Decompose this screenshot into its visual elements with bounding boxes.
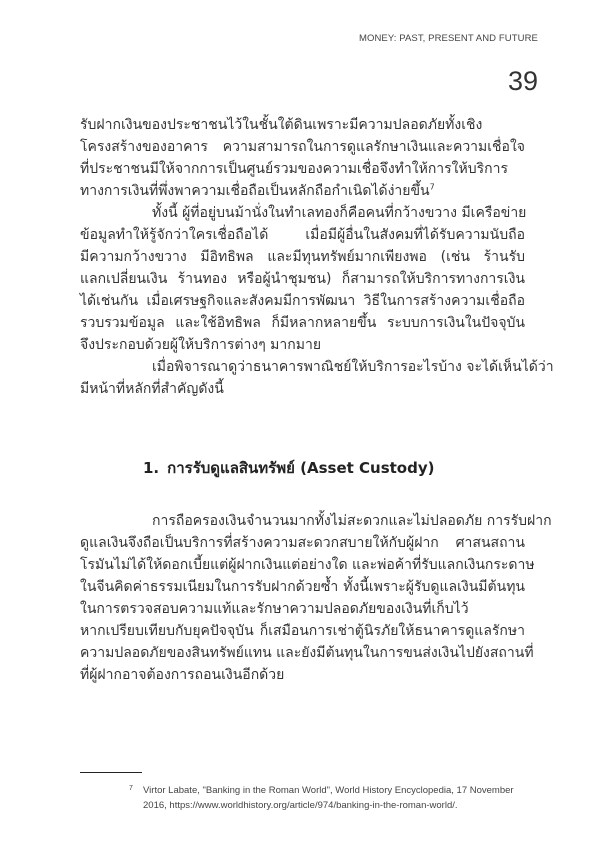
text-line: ข้อมูลทำให้รู้จักว่าใครเชื่อถือได้ เมื่อ…: [80, 224, 525, 246]
section-title: การรับดูแลสินทรัพย์ (Asset Custody): [167, 459, 434, 477]
text-line: ในการตรวจสอบความแท้และรักษาความปลอดภัยขอ…: [80, 598, 525, 620]
text-line: ทางการเงินที่พึ่งพาความเชื่อถือเป็นหลักถ…: [80, 183, 430, 199]
text-line: ดูแลเงินจึงถือเป็นบริการที่สร้างความสะดว…: [80, 532, 525, 554]
text-line: เมื่อพิจารณาดูว่าธนาคารพาณิชย์ให้บริการอ…: [80, 356, 525, 378]
text-line: โรมันไม่ได้ให้ดอกเบี้ยแต่ผู้ฝากเงินแต่อย…: [80, 554, 525, 576]
text-line-with-footnote: ทางการเงินที่พึ่งพาความเชื่อถือเป็นหลักถ…: [80, 180, 525, 202]
text-line: ในจีนคิดค่าธรรมเนียมในการรับฝากด้วยซ้ำ ท…: [80, 576, 525, 598]
page-number: 39: [508, 66, 538, 97]
text-line: โครงสร้างของอาคาร ความสามารถในการดูแลรัก…: [80, 136, 525, 158]
footnote-reference[interactable]: 7: [430, 182, 435, 191]
text-line: ความปลอดภัยของสินทรัพย์แทน และยังมีต้นทุ…: [80, 642, 525, 664]
text-line: รับฝากเงินของประชาชนไว้ในชั้นใต้ดินเพราะ…: [80, 114, 525, 136]
body-text-upper: รับฝากเงินของประชาชนไว้ในชั้นใต้ดินเพราะ…: [80, 114, 525, 400]
paragraph-4: การถือครองเงินจำนวนมากทั้งไม่สะดวกและไม่…: [80, 510, 525, 686]
footnote-text: Virtor Labate, "Banking in the Roman Wor…: [143, 785, 514, 811]
text-line: มีหน้าที่หลักที่สำคัญดังนี้: [80, 378, 525, 400]
footnote-marker: 7: [129, 781, 133, 796]
text-line: การถือครองเงินจำนวนมากทั้งไม่สะดวกและไม่…: [80, 510, 525, 532]
text-line: ที่ประชาชนมีให้จากการเป็นศูนย์รวมของความ…: [80, 158, 525, 180]
body-text-lower: การถือครองเงินจำนวนมากทั้งไม่สะดวกและไม่…: [80, 510, 525, 686]
text-line: หากเปรียบเทียบกับยุคปัจจุบัน ก็เสมือนการ…: [80, 620, 525, 642]
text-line: จึงประกอบด้วยผู้ให้บริการต่างๆ มากมาย: [80, 334, 525, 356]
paragraph-3: เมื่อพิจารณาดูว่าธนาคารพาณิชย์ให้บริการอ…: [80, 356, 525, 400]
footnote-divider: [80, 772, 142, 773]
text-line: ที่ผู้ฝากอาจต้องการถอนเงินอีกด้วย: [80, 664, 525, 686]
text-line: ได้เช่นกัน เมื่อเศรษฐกิจและสังคมมีการพัฒ…: [80, 290, 525, 312]
paragraph-1: รับฝากเงินของประชาชนไว้ในชั้นใต้ดินเพราะ…: [80, 114, 525, 202]
paragraph-2: ทั้งนี้ ผู้ที่อยู่บนม้านั่งในทำเลทองก็คื…: [80, 202, 525, 356]
section-number: 1.: [143, 459, 159, 477]
running-header: MONEY: PAST, PRESENT AND FUTURE: [359, 33, 538, 44]
text-line: มีความกว้างขวาง มีอิทธิพล และมีทุนทรัพย์…: [80, 246, 525, 268]
section-heading: 1.การรับดูแลสินทรัพย์ (Asset Custody): [143, 456, 434, 480]
text-line: แลกเปลี่ยนเงิน ร้านทอง หรือผู้นำชุมชน) ก…: [80, 268, 525, 290]
text-line: รวบรวมข้อมูล และใช้อิทธิพล ก็มีหลากหลายข…: [80, 312, 525, 334]
text-line: ทั้งนี้ ผู้ที่อยู่บนม้านั่งในทำเลทองก็คื…: [80, 202, 525, 224]
footnote: 7 Virtor Labate, "Banking in the Roman W…: [143, 783, 528, 813]
